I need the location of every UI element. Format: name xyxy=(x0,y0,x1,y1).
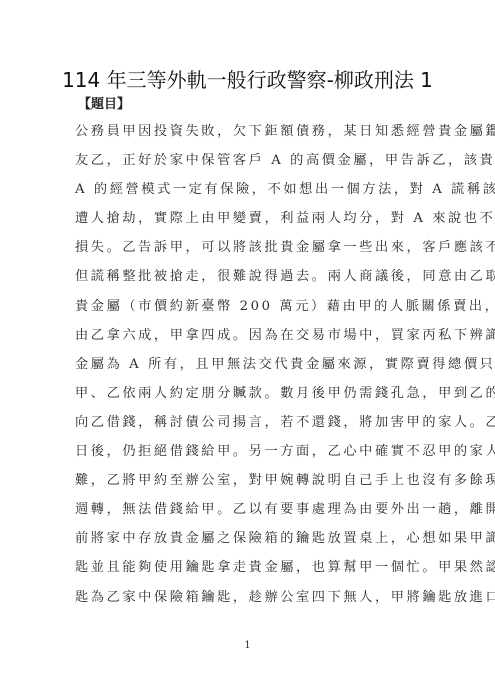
body-line: 匙為乙家中保險箱鑰匙，趁辦公室四下無人，甲將鑰匙放進口袋後即 xyxy=(75,588,435,617)
question-body: 公務員甲因投資失敗，欠下鉅額債務，某日知悉經營貴金屬鑑定的好 友乙，正好於家中保… xyxy=(75,122,435,617)
document-title: 114 年三等外軌一般行政警察-柳政刑法 1 xyxy=(0,64,495,93)
document-page: 114 年三等外軌一般行政警察-柳政刑法 1 【題目】 公務員甲因投資失敗，欠下… xyxy=(0,0,495,700)
body-line: 遭人搶劫，實際上由甲變賣，利益兩人均分，對 A 來說也不會有太多 xyxy=(75,209,435,238)
body-line: 公務員甲因投資失敗，欠下鉅額債務，某日知悉經營貴金屬鑑定的好 xyxy=(75,122,435,151)
body-line: 匙並且能夠使用鑰匙拿走貴金屬，也算幫甲一個忙。甲果然認得該鑰 xyxy=(75,558,435,587)
body-line: 日後，仍拒絕借錢給甲。另一方面，乙心中確實不忍甲的家人遭受危 xyxy=(75,442,435,471)
body-line: 前將家中存放貴金屬之保險箱的鑰匙放置桌上，心想如果甲識得該鑰 xyxy=(75,529,435,558)
body-line: 甲、乙依兩人約定朋分贓款。數月後甲仍需錢孔急，甲到乙的辦公室 xyxy=(75,384,435,413)
body-line: 難，乙將甲約至辦公室，對甲婉轉說明自己手上也沒有多餘現金可供 xyxy=(75,471,435,500)
body-line: 週轉，無法借錢給甲。乙以有要事處理為由要外出一趟，離開辦公室 xyxy=(75,500,435,529)
section-label-question: 【題目】 xyxy=(78,93,130,112)
body-line: 貴金屬（市價約新臺幣 200 萬元）藉由甲的人脈關係賣出，獲取金額 xyxy=(75,297,435,326)
body-line: A 的經營模式一定有保險，不如想出一個方法，對 A 謊稱該批貴金屬 xyxy=(75,180,435,209)
body-line: 金屬為 A 所有，且甲無法交代貴金屬來源，實際賣得總價只有 50 萬， xyxy=(75,355,435,384)
body-line: 由乙拿六成，甲拿四成。因為在交易市場中，買家丙私下辨識出該貴 xyxy=(75,326,435,355)
page-number: 1 xyxy=(0,640,495,651)
body-line: 友乙，正好於家中保管客戶 A 的高價金屬，甲告訴乙，該貴金屬依照 xyxy=(75,151,435,180)
body-line: 但謊稱整批被搶走，很難說得過去。兩人商議後，同意由乙取出部分 xyxy=(75,267,435,296)
body-line: 損失。乙告訴甲，可以將該批貴金屬拿一些出來，客戶應該不會發現， xyxy=(75,238,435,267)
body-line: 向乙借錢，稱討債公司揚言，若不還錢，將加害甲的家人。乙考慮數 xyxy=(75,413,435,442)
